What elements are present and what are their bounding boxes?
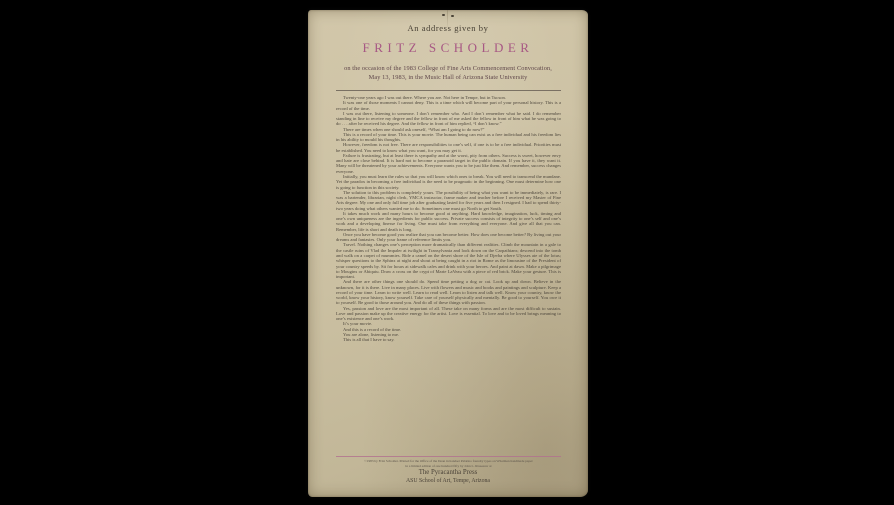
- colophon: ©1983 by Fritz Scholder. Printed for the…: [326, 459, 571, 468]
- body-paragraph: Failure is frustrating, but at least the…: [336, 153, 561, 174]
- body-paragraph: Initially, you must learn the rules so t…: [336, 174, 561, 190]
- body-paragraph: It was one of those moments I cannot den…: [336, 100, 561, 111]
- press-imprint: The Pyracantha Press: [308, 469, 588, 477]
- binding-mark: [442, 14, 445, 16]
- broadside-sheet: An address given by FRITZ SCHOLDER on th…: [308, 10, 588, 497]
- body-paragraph: And there are other things one should do…: [336, 279, 561, 305]
- footer-rule: [336, 456, 561, 457]
- body-paragraph: This is all that I have to say.: [336, 337, 561, 342]
- occasion-lines: on the occasion of the 1983 College of F…: [308, 64, 588, 82]
- occasion-line-2: May 13, 1983, in the Music Hall of Arizo…: [308, 73, 588, 82]
- speaker-title: FRITZ SCHOLDER: [308, 40, 588, 56]
- body-paragraph: However, freedom is not free. There are …: [336, 142, 561, 153]
- body-paragraph: It takes much work and many hours to bec…: [336, 211, 561, 232]
- colophon-line-2: in a limited edition of one hundred fift…: [326, 464, 571, 469]
- body-paragraph: I was out there, listening to someone. I…: [336, 111, 561, 127]
- body-paragraph: Once you have become good you realize th…: [336, 232, 561, 243]
- body-paragraph: Travel. Nothing changes one’s perception…: [336, 242, 561, 279]
- photo-background: An address given by FRITZ SCHOLDER on th…: [0, 0, 894, 505]
- body-paragraph: Yes, passion and love are the most impor…: [336, 306, 561, 322]
- press-address: ASU School of Art, Tempe, Arizona: [308, 478, 588, 484]
- occasion-line-1: on the occasion of the 1983 College of F…: [308, 64, 588, 73]
- body-paragraph: This is a record of your time. This is y…: [336, 132, 561, 143]
- header-rule: [336, 90, 561, 91]
- binding-mark: [451, 15, 454, 17]
- body-paragraph: The solution to this problem is complete…: [336, 190, 561, 211]
- address-kicker: An address given by: [308, 23, 588, 33]
- address-body: Twenty-one years ago I was out there. Wh…: [336, 95, 561, 342]
